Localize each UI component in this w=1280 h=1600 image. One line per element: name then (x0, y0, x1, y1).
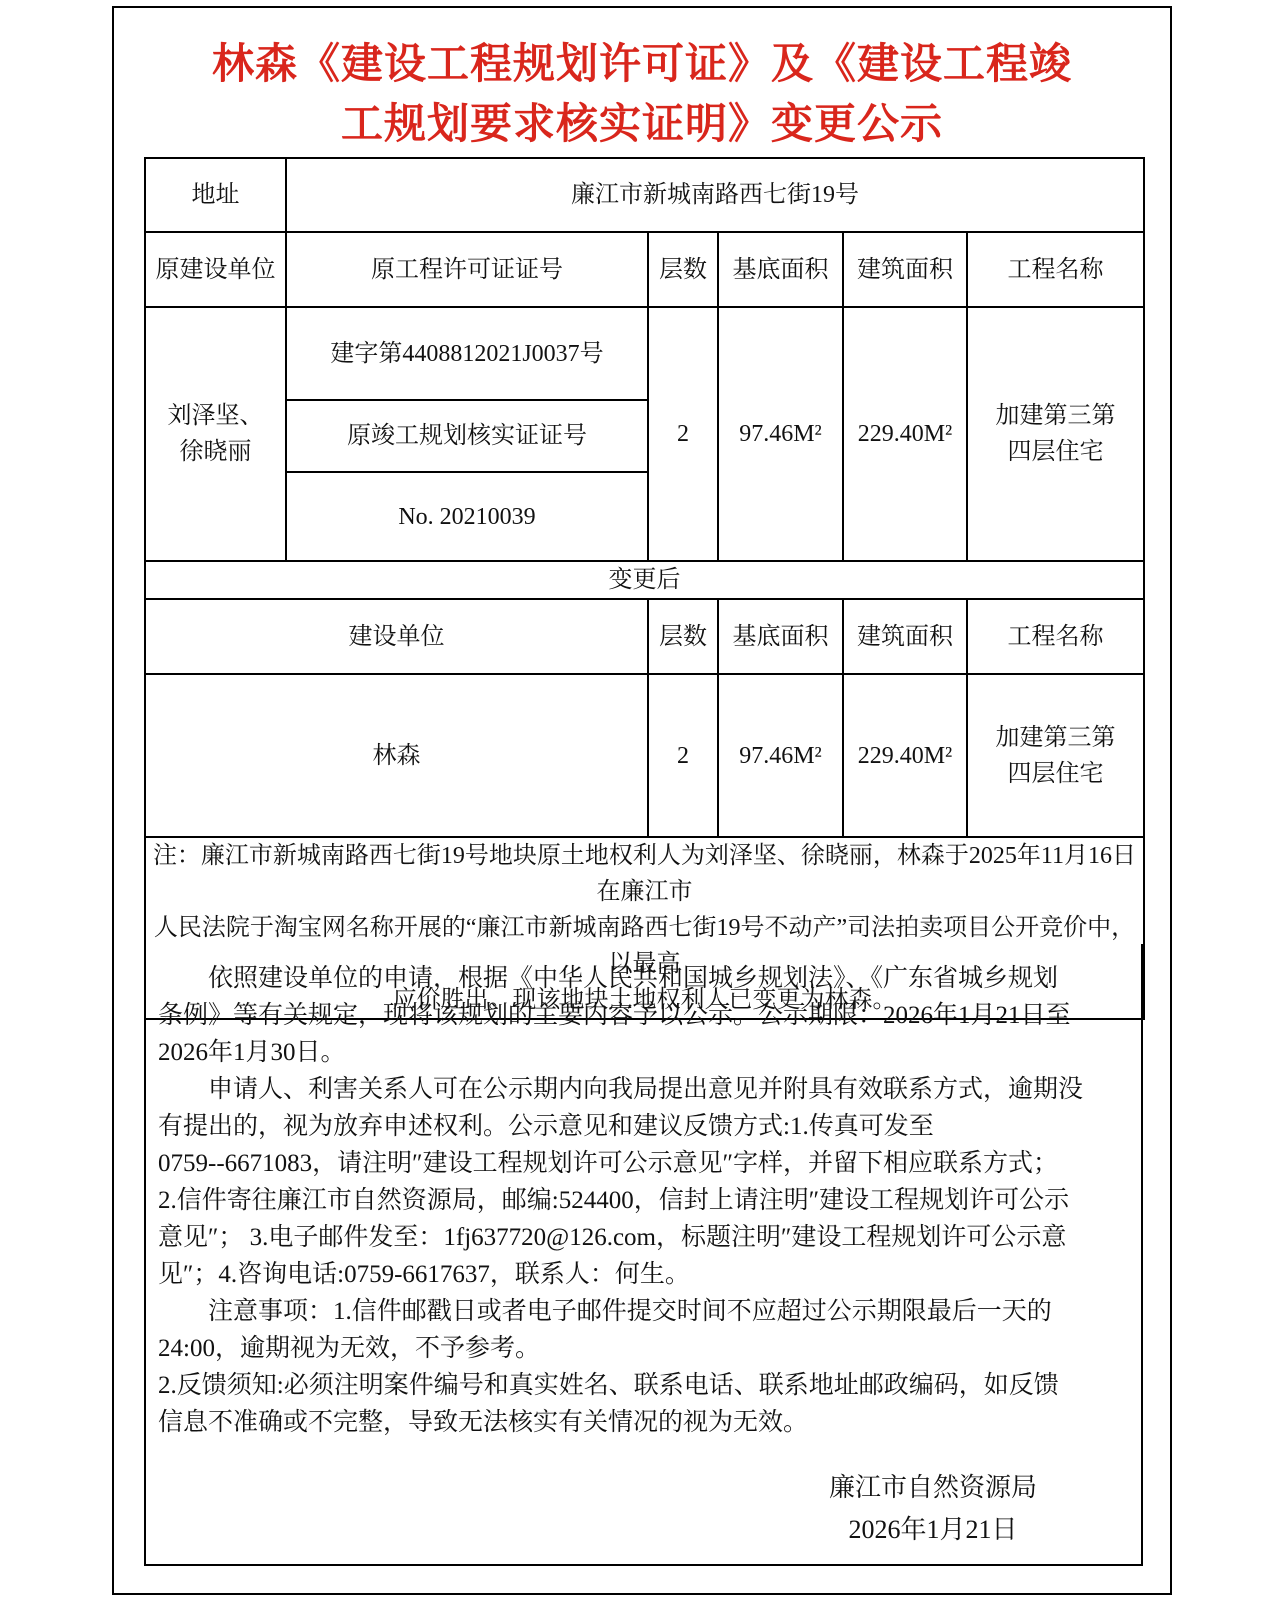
orig-project-name-cell: 加建第三第 四层住宅 (967, 307, 1144, 561)
after-floors-cell: 2 (648, 674, 718, 837)
after-base-area-header-cell: 基底面积 (718, 599, 843, 674)
sign-date: 2026年1月21日 (829, 1509, 1037, 1551)
table-row: 地址 廉江市新城南路西七街19号 (145, 158, 1144, 232)
page-frame: 林森《建设工程规划许可证》及《建设工程竣 工规划要求核实证明》变更公示 地址 廉… (112, 6, 1172, 1595)
address-label-cell: 地址 (145, 158, 286, 232)
after-unit-header-cell: 建设单位 (145, 599, 648, 674)
verify-cert-no-cell: No. 20210039 (286, 472, 648, 561)
orig-unit-cell: 刘泽坚、 徐晓丽 (145, 307, 286, 561)
project-name-header-cell: 工程名称 (967, 232, 1144, 307)
after-section-cell: 变更后 (145, 561, 1144, 599)
floors-header-cell: 层数 (648, 232, 718, 307)
table-row: 建设单位 层数 基底面积 建筑面积 工程名称 (145, 599, 1144, 674)
doc-table: 地址 廉江市新城南路西七街19号 原建设单位 原工程许可证证号 层数 基底面积 … (144, 157, 1145, 1020)
paragraph-feedback-rules: 2.反馈须知:必须注明案件编号和真实姓名、联系电话、联系地址邮政编码，如反馈 信… (158, 1367, 1129, 1441)
after-floors-header-cell: 层数 (648, 599, 718, 674)
table-row: 刘泽坚、 徐晓丽 建字第4408812021J0037号 2 97.46M² 2… (145, 307, 1144, 400)
verify-cert-label-cell: 原竣工规划核实证证号 (286, 400, 648, 472)
signer-name: 廉江市自然资源局 (829, 1467, 1037, 1509)
orig-permit-no-cell: 建字第4408812021J0037号 (286, 307, 648, 400)
orig-base-area-cell: 97.46M² (718, 307, 843, 561)
table-row: 林森 2 97.46M² 229.40M² 加建第三第 四层住宅 (145, 674, 1144, 837)
signature-block: 廉江市自然资源局 2026年1月21日 (158, 1467, 1129, 1551)
orig-permit-no-header-cell: 原工程许可证证号 (286, 232, 648, 307)
after-unit-cell: 林森 (145, 674, 648, 837)
after-project-name-cell: 加建第三第 四层住宅 (967, 674, 1144, 837)
after-project-name-header-cell: 工程名称 (967, 599, 1144, 674)
orig-floors-cell: 2 (648, 307, 718, 561)
table-row: 原建设单位 原工程许可证证号 层数 基底面积 建筑面积 工程名称 (145, 232, 1144, 307)
table-row: 变更后 (145, 561, 1144, 599)
paragraph-notice: 注意事项：1.信件邮戳日或者电子邮件提交时间不应超过公示期限最后一天的 24:0… (158, 1293, 1129, 1367)
building-area-header-cell: 建筑面积 (843, 232, 967, 307)
page-title: 林森《建设工程规划许可证》及《建设工程竣 工规划要求核实证明》变更公示 (114, 36, 1170, 155)
paragraph-basis: 依照建设单位的申请，根据《中华人民共和国城乡规划法》、《广东省城乡规划 条例》等… (158, 960, 1129, 1071)
after-base-area-cell: 97.46M² (718, 674, 843, 837)
paragraph-feedback: 申请人、利害关系人可在公示期内向我局提出意见并附具有效联系方式，逾期没 有提出的… (158, 1071, 1129, 1293)
after-building-area-header-cell: 建筑面积 (843, 599, 967, 674)
announcement-section: 依照建设单位的申请，根据《中华人民共和国城乡规划法》、《广东省城乡规划 条例》等… (144, 944, 1143, 1566)
after-building-area-cell: 229.40M² (843, 674, 967, 837)
orig-unit-header-cell: 原建设单位 (145, 232, 286, 307)
address-value-cell: 廉江市新城南路西七街19号 (286, 158, 1144, 232)
base-area-header-cell: 基底面积 (718, 232, 843, 307)
orig-building-area-cell: 229.40M² (843, 307, 967, 561)
